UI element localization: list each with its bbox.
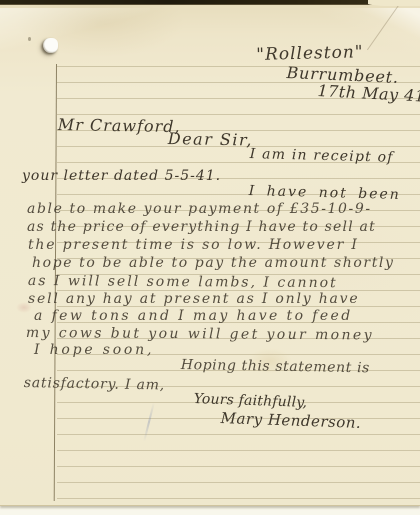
letterhead-date: 17th May 41: [317, 81, 420, 106]
handwriting-layer: "Rolleston" Burrumbeet. 17th May 41 Mr C…: [0, 0, 420, 515]
body-line-3: I have not been: [249, 183, 401, 203]
letterhead-house-name: "Rolleston": [256, 42, 364, 65]
body-line-6: the present time is so low. However I: [28, 237, 359, 253]
recipient-line: Mr Crawford,: [58, 115, 181, 136]
salutation-line: Dear Sir,: [168, 129, 253, 149]
body-line-4: able to make your payment of £35-10-9-: [27, 201, 372, 217]
body-line-11: my cows but you will get your money: [26, 325, 374, 343]
paper-speck: [28, 37, 31, 41]
closing-line-3: Yours faithfully,: [193, 391, 307, 411]
body-line-12: I hope soon,: [34, 342, 154, 358]
body-line-10: a few tons and I may have to feed: [34, 308, 353, 324]
closing-line-1: Hoping this statement is: [181, 357, 370, 376]
closing-line-2: satisfactory. I am,: [24, 375, 165, 393]
body-line-5: as the price of everything I have to sel…: [27, 219, 376, 235]
punch-hole: [43, 38, 58, 53]
signature-line: Mary Henderson.: [220, 409, 361, 432]
body-line-2: your letter dated 5-5-41.: [22, 168, 221, 184]
letter-scan: "Rolleston" Burrumbeet. 17th May 41 Mr C…: [0, 0, 420, 515]
body-line-8: as I will sell some lambs, I cannot: [28, 273, 338, 291]
body-line-7: hope to be able to pay the amount shortl…: [32, 255, 395, 271]
body-line-1: I am in receipt of: [250, 146, 394, 166]
body-line-9: sell any hay at present as I only have: [28, 291, 359, 307]
